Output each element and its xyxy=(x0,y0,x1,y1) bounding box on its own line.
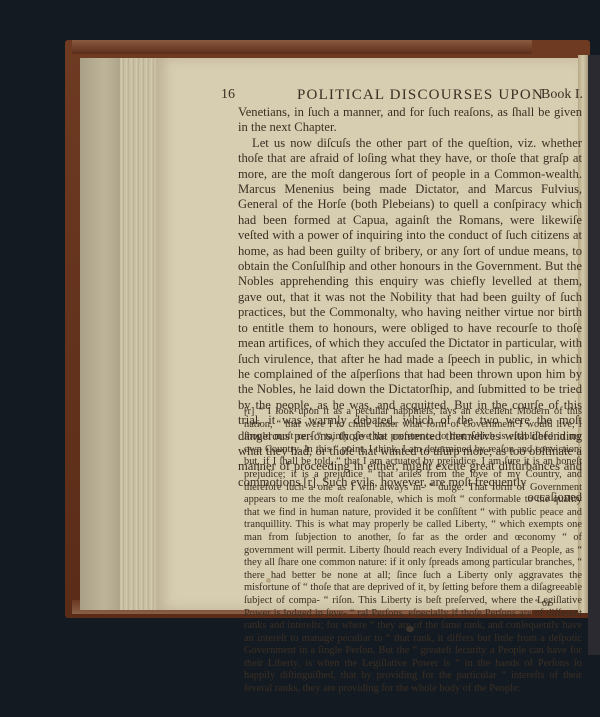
footnote-catchword: “ or xyxy=(535,598,550,609)
footnote-text: “ I look upon it as a peculiar happineſs… xyxy=(244,406,582,694)
footnote: [r] “ I look upon it as a peculiar happi… xyxy=(244,406,582,696)
page-edges xyxy=(120,58,156,610)
page-number: 16 xyxy=(221,87,235,103)
page-header: 16 POLITICAL DISCOURSES UPON Book I. xyxy=(221,87,583,105)
running-title: POLITICAL DISCOURSES UPON xyxy=(297,87,544,104)
background-edge xyxy=(588,55,600,655)
paragraph: Venetians, in ſuch a manner, and for ſuc… xyxy=(238,105,582,136)
book-label: Book I. xyxy=(541,87,583,103)
cover-top-edge xyxy=(72,40,532,54)
flyleaf xyxy=(80,58,120,610)
footnote-marker: [r] xyxy=(244,406,254,417)
